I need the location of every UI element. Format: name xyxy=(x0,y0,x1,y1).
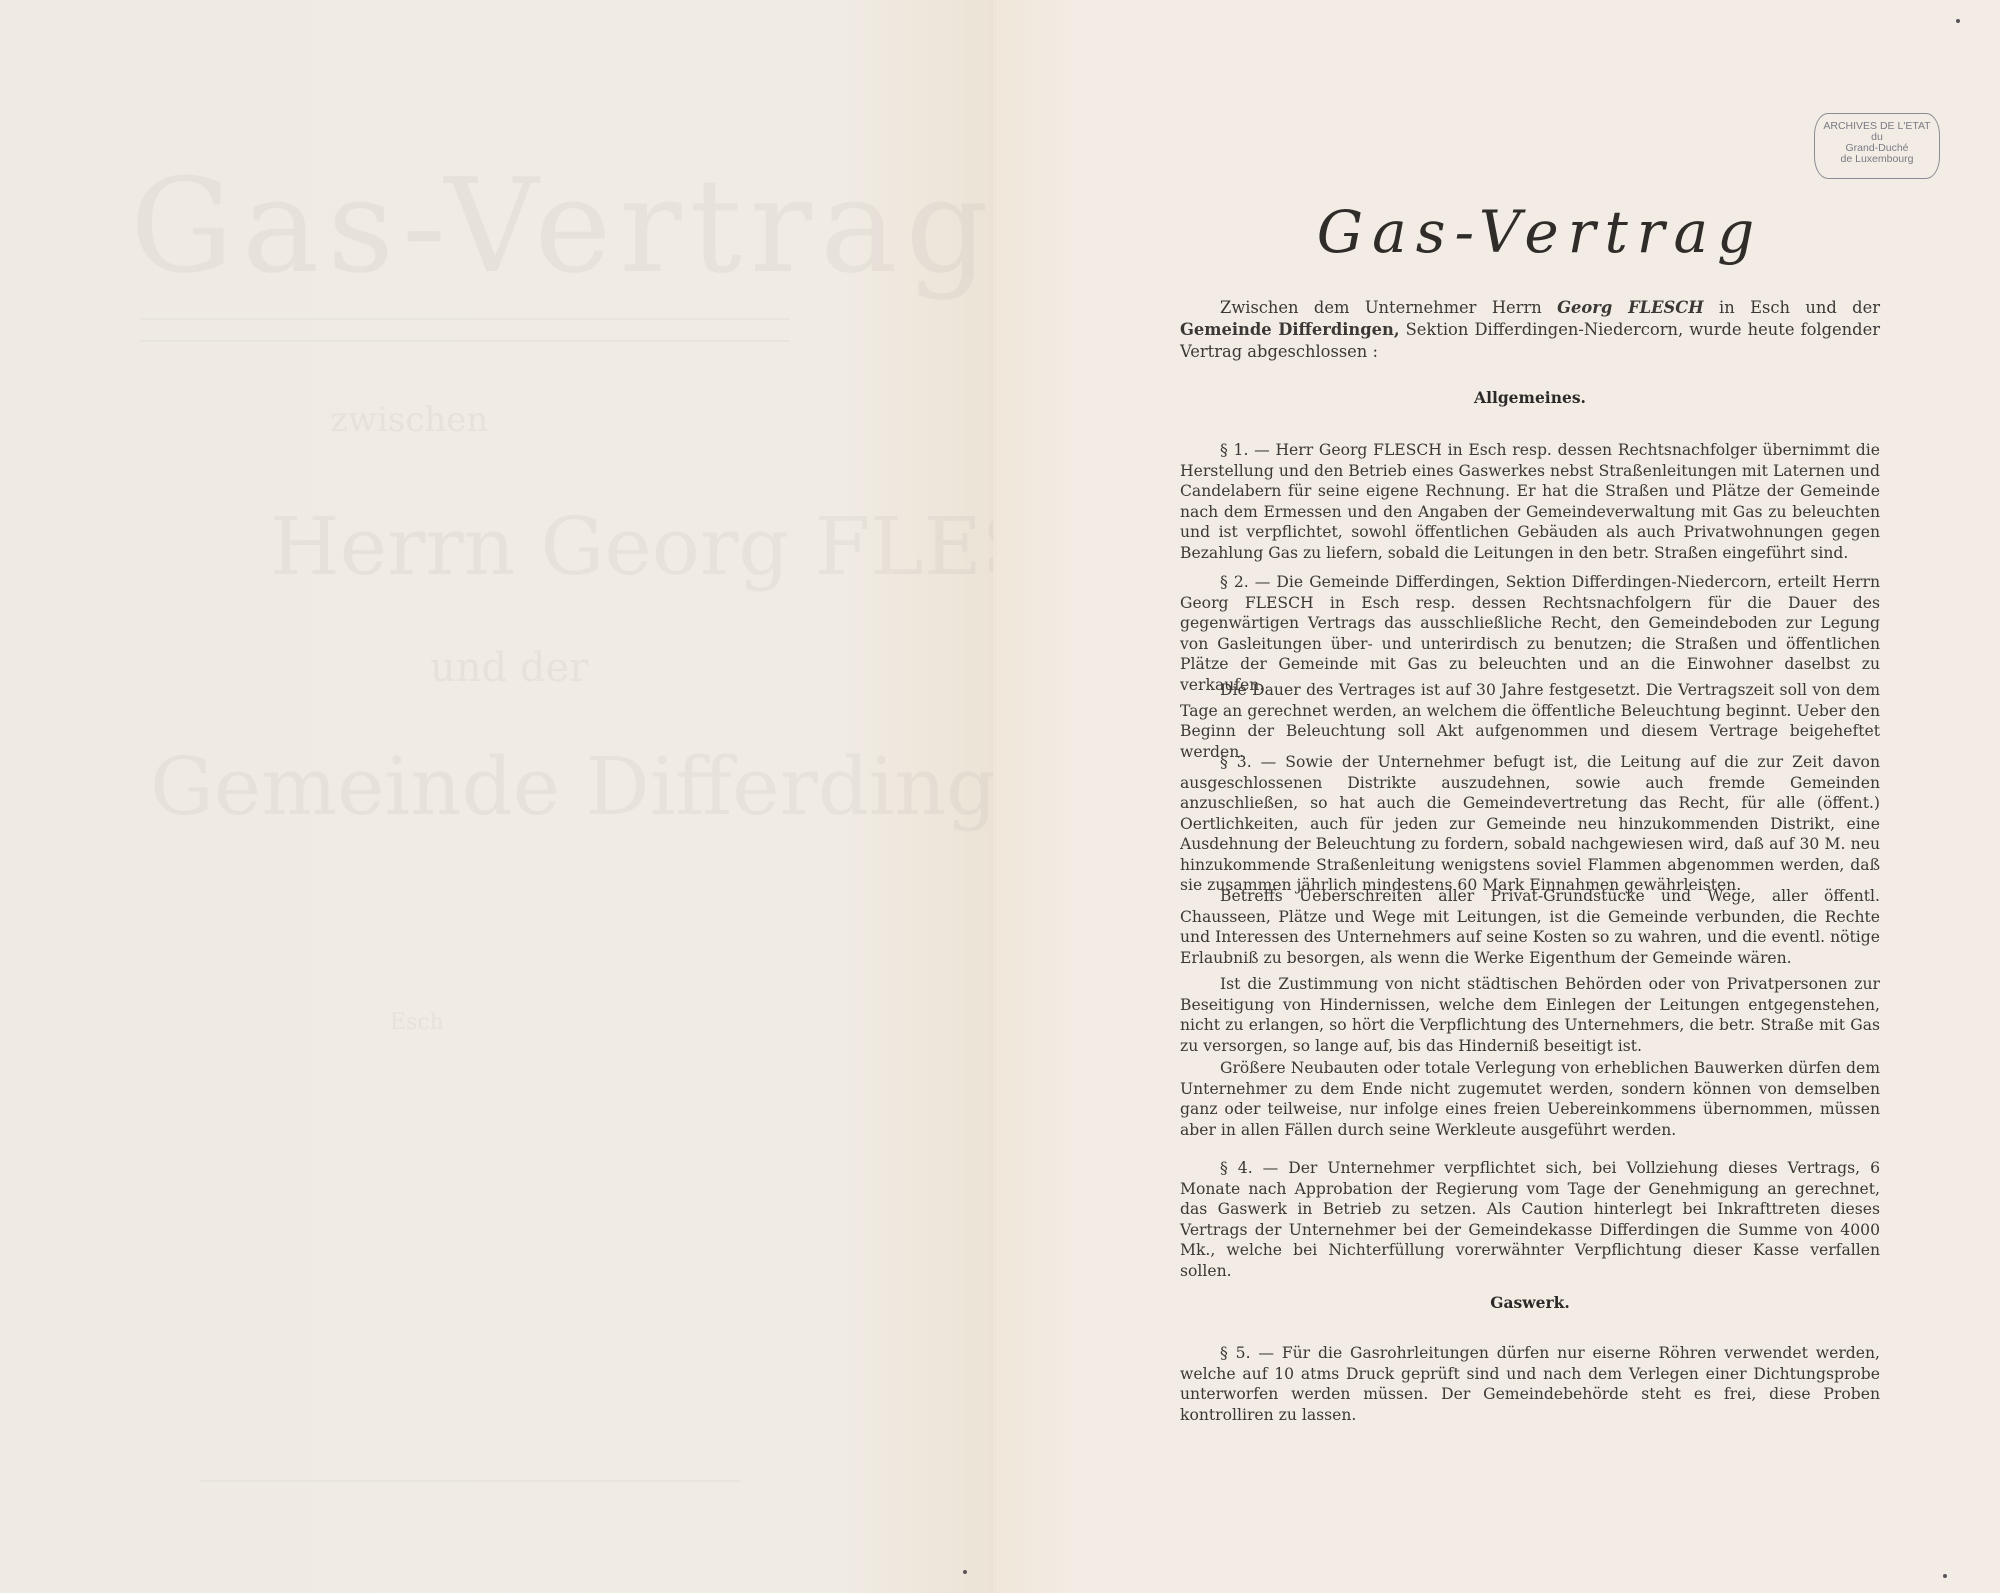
page-fold xyxy=(993,0,996,1593)
ghost-text-title: Gas-Vertrag xyxy=(130,150,997,302)
paragraph-3c: Ist die Zustimmung von nicht städtischen… xyxy=(1180,974,1880,1056)
party-name: Gemeinde Differdingen, xyxy=(1180,320,1400,339)
ghost-rule xyxy=(140,318,790,320)
paragraph-4: § 4. — Der Unternehmer verpflichtet sich… xyxy=(1180,1158,1880,1281)
ghost-text-line: zwischen xyxy=(330,400,488,440)
section-heading-gaswerk: Gaswerk. xyxy=(1180,1293,1880,1314)
ghost-text-line: und der xyxy=(430,645,588,691)
paragraph-3: § 3. — Sowie der Unternehmer befugt ist,… xyxy=(1180,752,1880,896)
document-title: Gas-Vertrag xyxy=(1300,198,1780,266)
paragraph-2: § 2. — Die Gemeinde Differdingen, Sektio… xyxy=(1180,572,1880,695)
speck xyxy=(963,1570,967,1574)
paragraph-1: § 1. — Herr Georg FLESCH in Esch resp. d… xyxy=(1180,440,1880,563)
ghost-text-line: Esch xyxy=(390,1010,444,1035)
speck xyxy=(1956,19,1960,23)
intro-paragraph: Zwischen dem Unternehmer Herrn Georg FLE… xyxy=(1180,297,1880,363)
paragraph-3b: Betreffs Ueberschreiten aller Privat-Gru… xyxy=(1180,886,1880,968)
intro-text: in Esch und der xyxy=(1704,298,1880,317)
ghost-rule xyxy=(140,340,790,342)
paragraph-5: § 5. — Für die Gasrohrleitungen dürfen n… xyxy=(1180,1343,1880,1425)
section-heading-allgemeines: Allgemeines. xyxy=(1180,388,1880,409)
ghost-rule xyxy=(200,1480,740,1482)
left-page: Gas-Vertrag zwischen Herrn Georg FLESCH … xyxy=(0,0,995,1593)
stamp-line: de Luxembourg xyxy=(1815,154,1939,165)
archive-stamp: ARCHIVES DE L'ETAT du Grand-Duché de Lux… xyxy=(1814,113,1940,179)
paragraph-2b: Die Dauer des Vertrages ist auf 30 Jahre… xyxy=(1180,680,1880,762)
contractor-name: Georg FLESCH xyxy=(1557,298,1704,317)
intro-text: Zwischen dem Unternehmer Herrn xyxy=(1220,298,1557,317)
ghost-text-line: Gemeinde Differdingen xyxy=(150,740,1096,833)
paragraph-3d: Größere Neubauten oder totale Verlegung … xyxy=(1180,1058,1880,1140)
speck xyxy=(1943,1574,1947,1578)
